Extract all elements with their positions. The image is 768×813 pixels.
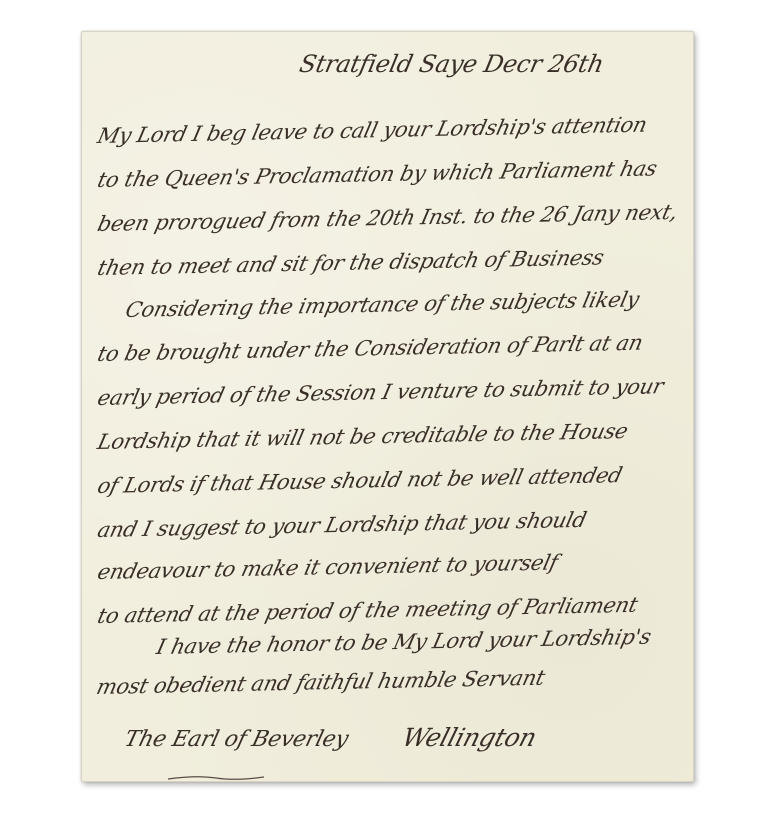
letter-line: been prorogued from the 20th Inst. to th… — [95, 200, 680, 236]
letter-line: early period of the Session I venture to… — [95, 374, 665, 410]
letter-line: and I suggest to your Lordship that you … — [95, 508, 588, 542]
letter-line: to the Queen's Proclamation by which Par… — [95, 156, 659, 192]
letter-line-paragraph-start: Considering the importance of the subjec… — [123, 287, 641, 322]
letter-line: endeavour to make it convenient to yours… — [95, 550, 560, 584]
letter-line: of Lords if that House should not be wel… — [95, 463, 624, 498]
letter-header-date: Stratfield Saye Decr 26th — [297, 50, 606, 78]
letter-paper: Stratfield Saye Decr 26th My Lord I beg … — [81, 31, 694, 782]
letter-line: to attend at the period of the meeting o… — [95, 593, 640, 628]
letter-line: Lordship that it will not be creditable … — [95, 419, 630, 454]
letter-line-salutation: My Lord I beg leave to call your Lordshi… — [95, 113, 649, 148]
letter-line: then to meet and sit for the dispatch of… — [95, 245, 606, 280]
letter-line: to be brought under the Consideration of… — [95, 331, 645, 366]
